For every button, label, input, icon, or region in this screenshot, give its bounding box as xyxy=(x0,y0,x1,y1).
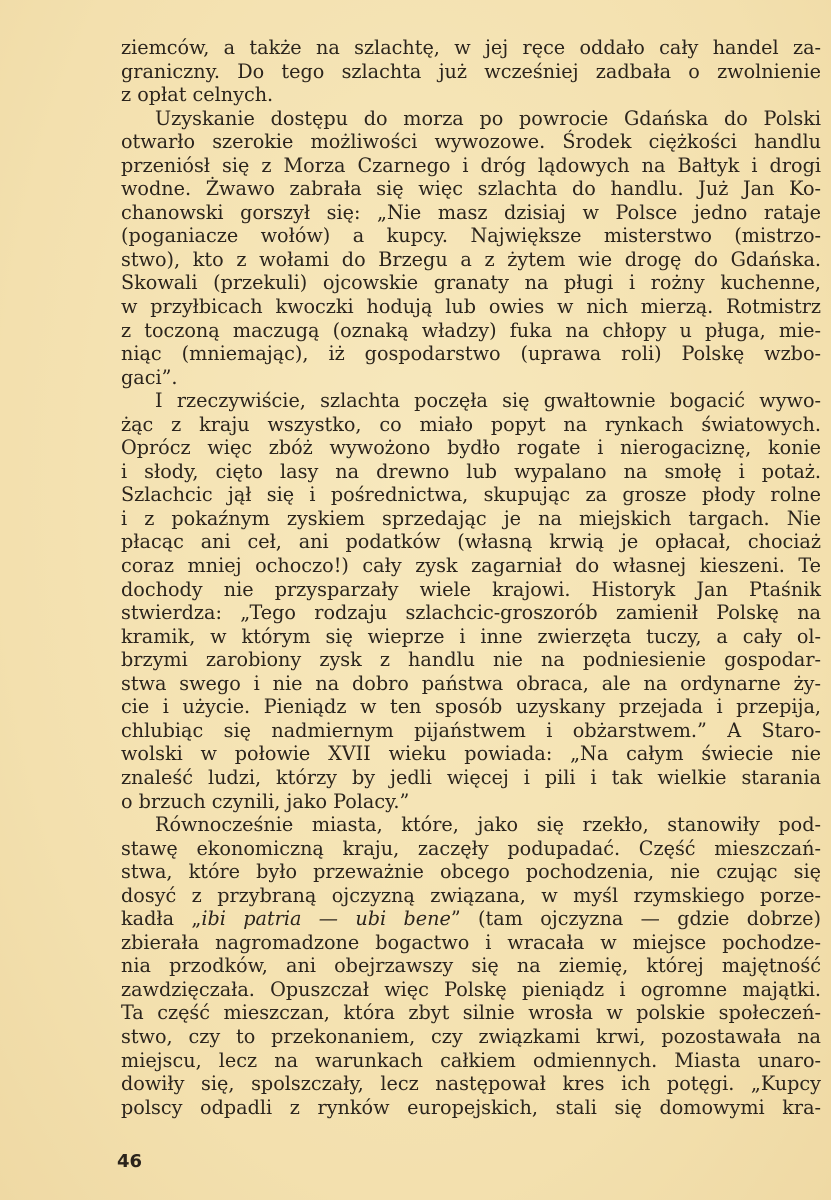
text-line: kadła „ibi patria — ubi bene” (tam ojczy… xyxy=(121,907,821,931)
text-line: Równocześnie miasta, które, jako się rze… xyxy=(121,813,821,837)
text-line: coraz mniej ochoczo!) cały zysk zagarnia… xyxy=(121,554,821,578)
text-line: stwa, które było przeważnie obcego pocho… xyxy=(121,860,821,884)
text-line: wolski w połowie XVII wieku powiada: „Na… xyxy=(121,742,821,766)
text-line: z toczoną maczugą (oznaką władzy) fuka n… xyxy=(121,319,821,343)
text-line: niąc (mniemając), iż gospodarstwo (upraw… xyxy=(121,342,821,366)
text-line: stwierdza: „Tego rodzaju szlachcic-grosz… xyxy=(121,601,821,625)
book-page: ziemców, a także na szlachtę, w jej ręce… xyxy=(0,0,831,1200)
text-line: polscy odpadli z rynków europejskich, st… xyxy=(121,1096,821,1120)
text-line: Skowali (przekuli) ojcowskie granaty na … xyxy=(121,271,821,295)
text-line: Szlachcic jął się i pośrednictwa, skupuj… xyxy=(121,483,821,507)
text-line: graniczny. Do tego szlachta już wcześnie… xyxy=(121,60,821,84)
text-line: I rzeczywiście, szlachta poczęła się gwa… xyxy=(121,389,821,413)
text-line: ziemców, a także na szlachtę, w jej ręce… xyxy=(121,36,821,60)
latin-phrase: ibi patria — ubi bene xyxy=(201,907,451,930)
text-line: dowiły się, spolszczały, lecz następował… xyxy=(121,1072,821,1096)
text-line: brzymi zarobiony zysk z handlu nie na po… xyxy=(121,648,821,672)
text-line: cie i użycie. Pieniądz w ten sposób uzys… xyxy=(121,695,821,719)
page-number: 46 xyxy=(117,1151,142,1172)
text-line: wodne. Żwawo zabrała się więc szlachta d… xyxy=(121,177,821,201)
text-line: i słody, cięto lasy na drewno lub wypala… xyxy=(121,460,821,484)
text-line: (poganiacze wołów) a kupcy. Największe m… xyxy=(121,224,821,248)
text-line: znaleść ludzi, którzy by jedli więcej i … xyxy=(121,766,821,790)
text-line: dosyć z przybraną ojczyzną związana, w m… xyxy=(121,884,821,908)
text-line: nia przodków, ani obejrzawszy się na zie… xyxy=(121,954,821,978)
text-line: Oprócz więc zbóż wywożono bydło rogate i… xyxy=(121,436,821,460)
text-line: otwarło szerokie możliwości wywozowe. Śr… xyxy=(121,130,821,154)
text-line: z opłat celnych. xyxy=(121,83,821,107)
text-line: miejscu, lecz na warunkach całkiem odmie… xyxy=(121,1049,821,1073)
text-line: Uzyskanie dostępu do morza po powrocie G… xyxy=(121,107,821,131)
text-line: w przyłbicach kwoczki hodują lub owies w… xyxy=(121,295,821,319)
text-line: kramik, w którym się wieprze i inne zwie… xyxy=(121,625,821,649)
text-line: gaci”. xyxy=(121,366,821,390)
text-line: stwa swego i nie na dobro państwa obraca… xyxy=(121,672,821,696)
text-line: zawdzięczała. Opuszczał więc Polskę pien… xyxy=(121,978,821,1002)
text-line: stwo, czy to przekonaniem, czy związkami… xyxy=(121,1025,821,1049)
text-line: chanowski gorszył się: „Nie masz dzisiaj… xyxy=(121,201,821,225)
text-line: przeniósł się z Morza Czarnego i dróg lą… xyxy=(121,154,821,178)
text-line: płacąc ani ceł, ani podatków (własną krw… xyxy=(121,530,821,554)
text-line: i z pokaźnym zyskiem sprzedając je na mi… xyxy=(121,507,821,531)
text-line: o brzuch czynili, jako Polacy.” xyxy=(121,790,821,814)
text-line: stawę ekonomiczną kraju, zaczęły podupad… xyxy=(121,837,821,861)
text-line: stwo), kto z wołami do Brzegu a z żytem … xyxy=(121,248,821,272)
text-line: żąc z kraju wszystko, co miało popyt na … xyxy=(121,413,821,437)
text-line: dochody nie przysparzały wiele krajowi. … xyxy=(121,578,821,602)
text-line: Ta część mieszczan, która zbyt silnie wr… xyxy=(121,1001,821,1025)
text-line: chlubiąc się nadmiernym pijaństwem i obż… xyxy=(121,719,821,743)
text-line: zbierała nagromadzone bogactwo i wracała… xyxy=(121,931,821,955)
body-text: ziemców, a także na szlachtę, w jej ręce… xyxy=(121,36,821,1119)
